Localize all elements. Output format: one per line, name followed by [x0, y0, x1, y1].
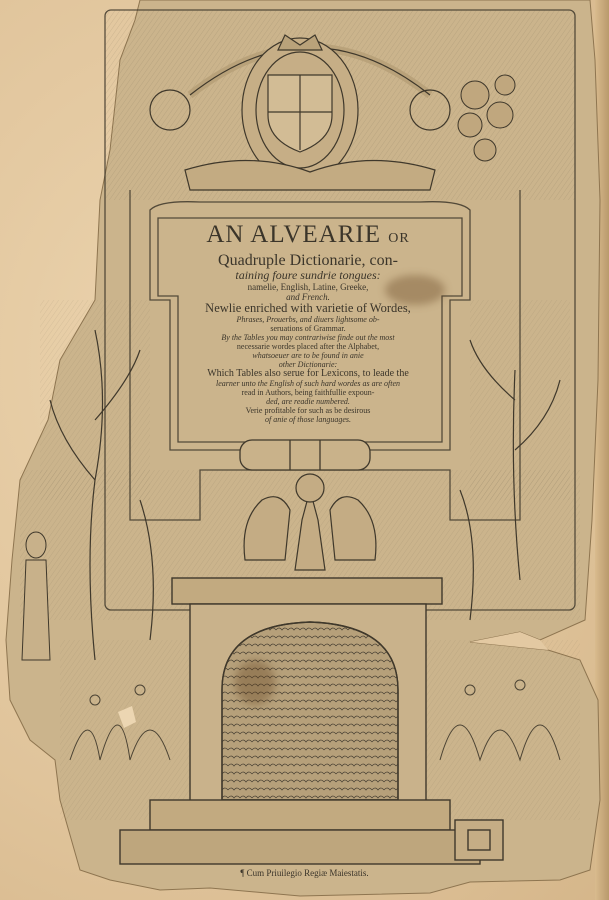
title-line: namelie, English, Latine, Greeke,	[158, 282, 458, 292]
imprint-line: ¶ Cum Priuilegio Regiæ Maiestatis.	[0, 868, 609, 878]
title-line: seruations of Grammar.	[158, 324, 458, 333]
title-line: Phrases, Prouerbs, and diuers lightsome …	[158, 315, 458, 324]
title-heading: AN ALVEARIE OR	[158, 222, 458, 252]
title-line: ded, are readie numbered.	[158, 397, 458, 406]
title-page-woodcut	[0, 0, 609, 900]
title-line: Verie profitable for such as be desirous	[158, 406, 458, 415]
title-line: learner unto the English of such hard wo…	[158, 379, 458, 388]
title-line: Quadruple Dictionarie, con-	[158, 252, 458, 269]
title-line: taining foure sundrie tongues:	[158, 269, 458, 282]
title-text-block: AN ALVEARIE OR Quadruple Dictionarie, co…	[158, 222, 458, 424]
title-line: necessarie wordes placed after the Alpha…	[158, 342, 458, 351]
title-line: of anie of those languages.	[158, 415, 458, 424]
title-line: By the Tables you may contrariwise finde…	[158, 333, 458, 342]
stain-mark	[235, 660, 275, 705]
title-line: whatsoeuer are to be found in anie	[158, 351, 458, 360]
title-line: Newlie enriched with varietie of Wordes,	[158, 302, 458, 315]
title-line: read in Authors, being faithfullie expou…	[158, 388, 458, 397]
title-line: Which Tables also serue for Lexicons, to…	[158, 369, 458, 379]
